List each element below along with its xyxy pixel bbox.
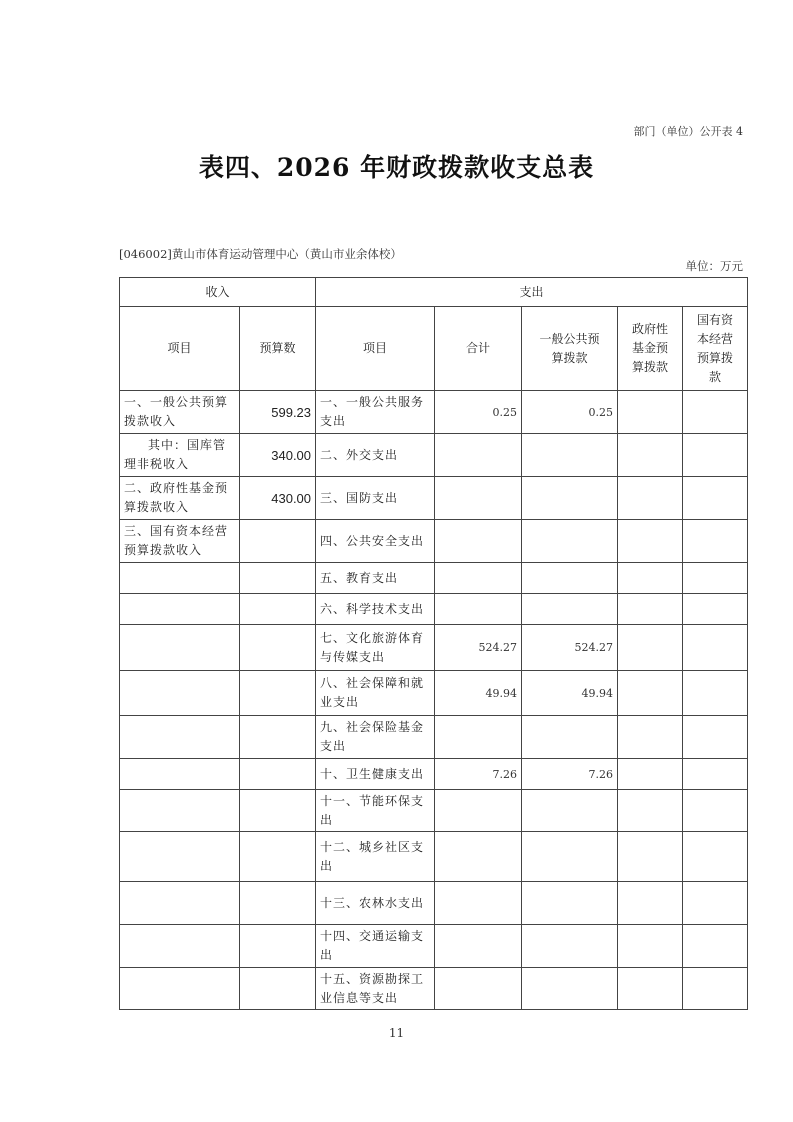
general-public-value: 7.26	[522, 759, 618, 790]
general-public-value	[522, 790, 618, 832]
gov-fund-value	[618, 671, 683, 716]
income-item: 其中：国库管理非税收入	[120, 434, 240, 477]
page-number: 11	[0, 1026, 793, 1040]
total-value	[435, 832, 522, 882]
table-row: 一、一般公共预算拨款收入 599.23 一、一般公共服务支出 0.25 0.25	[120, 391, 748, 434]
general-public-value: 0.25	[522, 391, 618, 434]
gov-fund-value	[618, 968, 683, 1010]
state-capital-value	[683, 925, 748, 968]
expense-item: 二、外交支出	[316, 434, 435, 477]
expense-item: 十三、农林水支出	[316, 882, 435, 925]
expense-item: 三、国防支出	[316, 477, 435, 520]
state-capital-value	[683, 391, 748, 434]
total-value	[435, 520, 522, 563]
gov-fund-value	[618, 759, 683, 790]
income-budget	[240, 563, 316, 594]
income-item	[120, 790, 240, 832]
general-public-value	[522, 563, 618, 594]
state-capital-value	[683, 671, 748, 716]
income-budget: 430.00	[240, 477, 316, 520]
header-income-item: 项目	[120, 307, 240, 391]
general-public-value	[522, 832, 618, 882]
income-budget	[240, 520, 316, 563]
general-public-value	[522, 968, 618, 1010]
gov-fund-value	[618, 790, 683, 832]
table-row: 三、国有资本经营预算拨款收入 四、公共安全支出	[120, 520, 748, 563]
table-row: 十、卫生健康支出 7.26 7.26	[120, 759, 748, 790]
income-budget	[240, 671, 316, 716]
income-item	[120, 716, 240, 759]
group-header-row: 收入 支出	[120, 278, 748, 307]
header-state-capital: 国有资本经营预算拨款	[683, 307, 748, 391]
income-item	[120, 968, 240, 1010]
total-value	[435, 925, 522, 968]
general-public-value	[522, 882, 618, 925]
state-capital-value	[683, 716, 748, 759]
general-public-value	[522, 716, 618, 759]
income-budget	[240, 968, 316, 1010]
expense-item: 十五、资源勘探工业信息等支出	[316, 968, 435, 1010]
total-value: 49.94	[435, 671, 522, 716]
header-total: 合计	[435, 307, 522, 391]
state-capital-value	[683, 563, 748, 594]
table-row: 五、教育支出	[120, 563, 748, 594]
income-item: 一、一般公共预算拨款收入	[120, 391, 240, 434]
state-capital-value	[683, 790, 748, 832]
expense-item: 四、公共安全支出	[316, 520, 435, 563]
general-public-value	[522, 477, 618, 520]
table-row: 七、文化旅游体育与传媒支出 524.27 524.27	[120, 625, 748, 671]
header-gov-fund: 政府性基金预算拨款	[618, 307, 683, 391]
table-row: 十一、节能环保支出	[120, 790, 748, 832]
expense-item: 五、教育支出	[316, 563, 435, 594]
general-public-value	[522, 520, 618, 563]
income-item: 三、国有资本经营预算拨款收入	[120, 520, 240, 563]
table-row: 十四、交通运输支出	[120, 925, 748, 968]
state-capital-value	[683, 477, 748, 520]
total-value	[435, 968, 522, 1010]
table-row: 十五、资源勘探工业信息等支出	[120, 968, 748, 1010]
state-capital-value	[683, 882, 748, 925]
income-budget	[240, 625, 316, 671]
income-budget	[240, 832, 316, 882]
total-value	[435, 716, 522, 759]
expense-item: 十、卫生健康支出	[316, 759, 435, 790]
state-capital-value	[683, 625, 748, 671]
total-value	[435, 434, 522, 477]
organization-name: [046002]黄山市体育运动管理中心（黄山市业余体校）	[119, 246, 402, 262]
header-expense-item: 项目	[316, 307, 435, 391]
gov-fund-value	[618, 925, 683, 968]
table-row: 二、政府性基金预算拨款收入 430.00 三、国防支出	[120, 477, 748, 520]
expense-item: 八、社会保障和就业支出	[316, 671, 435, 716]
gov-fund-value	[618, 520, 683, 563]
total-value	[435, 882, 522, 925]
unit-label: 单位：万元	[686, 258, 744, 274]
budget-table: 收入 支出 项目 预算数 项目 合计 一般公共预算拨款 政府性基金预算拨款 国有…	[119, 277, 748, 1010]
expense-item: 十二、城乡社区支出	[316, 832, 435, 882]
gov-fund-value	[618, 434, 683, 477]
table-row: 十二、城乡社区支出	[120, 832, 748, 882]
state-capital-value	[683, 968, 748, 1010]
gov-fund-value	[618, 391, 683, 434]
general-public-value: 524.27	[522, 625, 618, 671]
income-item	[120, 563, 240, 594]
state-capital-value	[683, 520, 748, 563]
income-item	[120, 925, 240, 968]
income-item: 二、政府性基金预算拨款收入	[120, 477, 240, 520]
state-capital-value	[683, 759, 748, 790]
expense-item: 十四、交通运输支出	[316, 925, 435, 968]
income-item	[120, 882, 240, 925]
total-value: 0.25	[435, 391, 522, 434]
total-value	[435, 563, 522, 594]
income-group-header: 收入	[120, 278, 316, 307]
income-budget	[240, 882, 316, 925]
table-row: 八、社会保障和就业支出 49.94 49.94	[120, 671, 748, 716]
expense-item: 一、一般公共服务支出	[316, 391, 435, 434]
general-public-value: 49.94	[522, 671, 618, 716]
expense-item: 九、社会保险基金支出	[316, 716, 435, 759]
general-public-value	[522, 434, 618, 477]
expense-item: 十一、节能环保支出	[316, 790, 435, 832]
general-public-value	[522, 925, 618, 968]
income-item	[120, 671, 240, 716]
income-budget	[240, 790, 316, 832]
income-item	[120, 759, 240, 790]
expense-group-header: 支出	[316, 278, 748, 307]
general-public-value	[522, 594, 618, 625]
column-header-row: 项目 预算数 项目 合计 一般公共预算拨款 政府性基金预算拨款 国有资本经营预算…	[120, 307, 748, 391]
income-budget: 340.00	[240, 434, 316, 477]
expense-item: 六、科学技术支出	[316, 594, 435, 625]
gov-fund-value	[618, 716, 683, 759]
table-row: 六、科学技术支出	[120, 594, 748, 625]
state-capital-value	[683, 434, 748, 477]
gov-fund-value	[618, 477, 683, 520]
page-label: 部门（单位）公开表 4	[634, 123, 744, 139]
state-capital-value	[683, 594, 748, 625]
income-item	[120, 594, 240, 625]
total-value	[435, 790, 522, 832]
table-row: 九、社会保险基金支出	[120, 716, 748, 759]
total-value: 524.27	[435, 625, 522, 671]
total-value: 7.26	[435, 759, 522, 790]
income-budget	[240, 716, 316, 759]
income-budget	[240, 925, 316, 968]
header-general-public: 一般公共预算拨款	[522, 307, 618, 391]
income-budget	[240, 594, 316, 625]
gov-fund-value	[618, 832, 683, 882]
gov-fund-value	[618, 625, 683, 671]
income-item	[120, 625, 240, 671]
total-value	[435, 594, 522, 625]
gov-fund-value	[618, 563, 683, 594]
income-budget: 599.23	[240, 391, 316, 434]
page-title: 表四、2026 年财政拨款收支总表	[0, 148, 793, 184]
table-row: 其中：国库管理非税收入 340.00 二、外交支出	[120, 434, 748, 477]
total-value	[435, 477, 522, 520]
income-budget	[240, 759, 316, 790]
gov-fund-value	[618, 594, 683, 625]
state-capital-value	[683, 832, 748, 882]
expense-item: 七、文化旅游体育与传媒支出	[316, 625, 435, 671]
table-row: 十三、农林水支出	[120, 882, 748, 925]
header-income-budget: 预算数	[240, 307, 316, 391]
income-item	[120, 832, 240, 882]
gov-fund-value	[618, 882, 683, 925]
